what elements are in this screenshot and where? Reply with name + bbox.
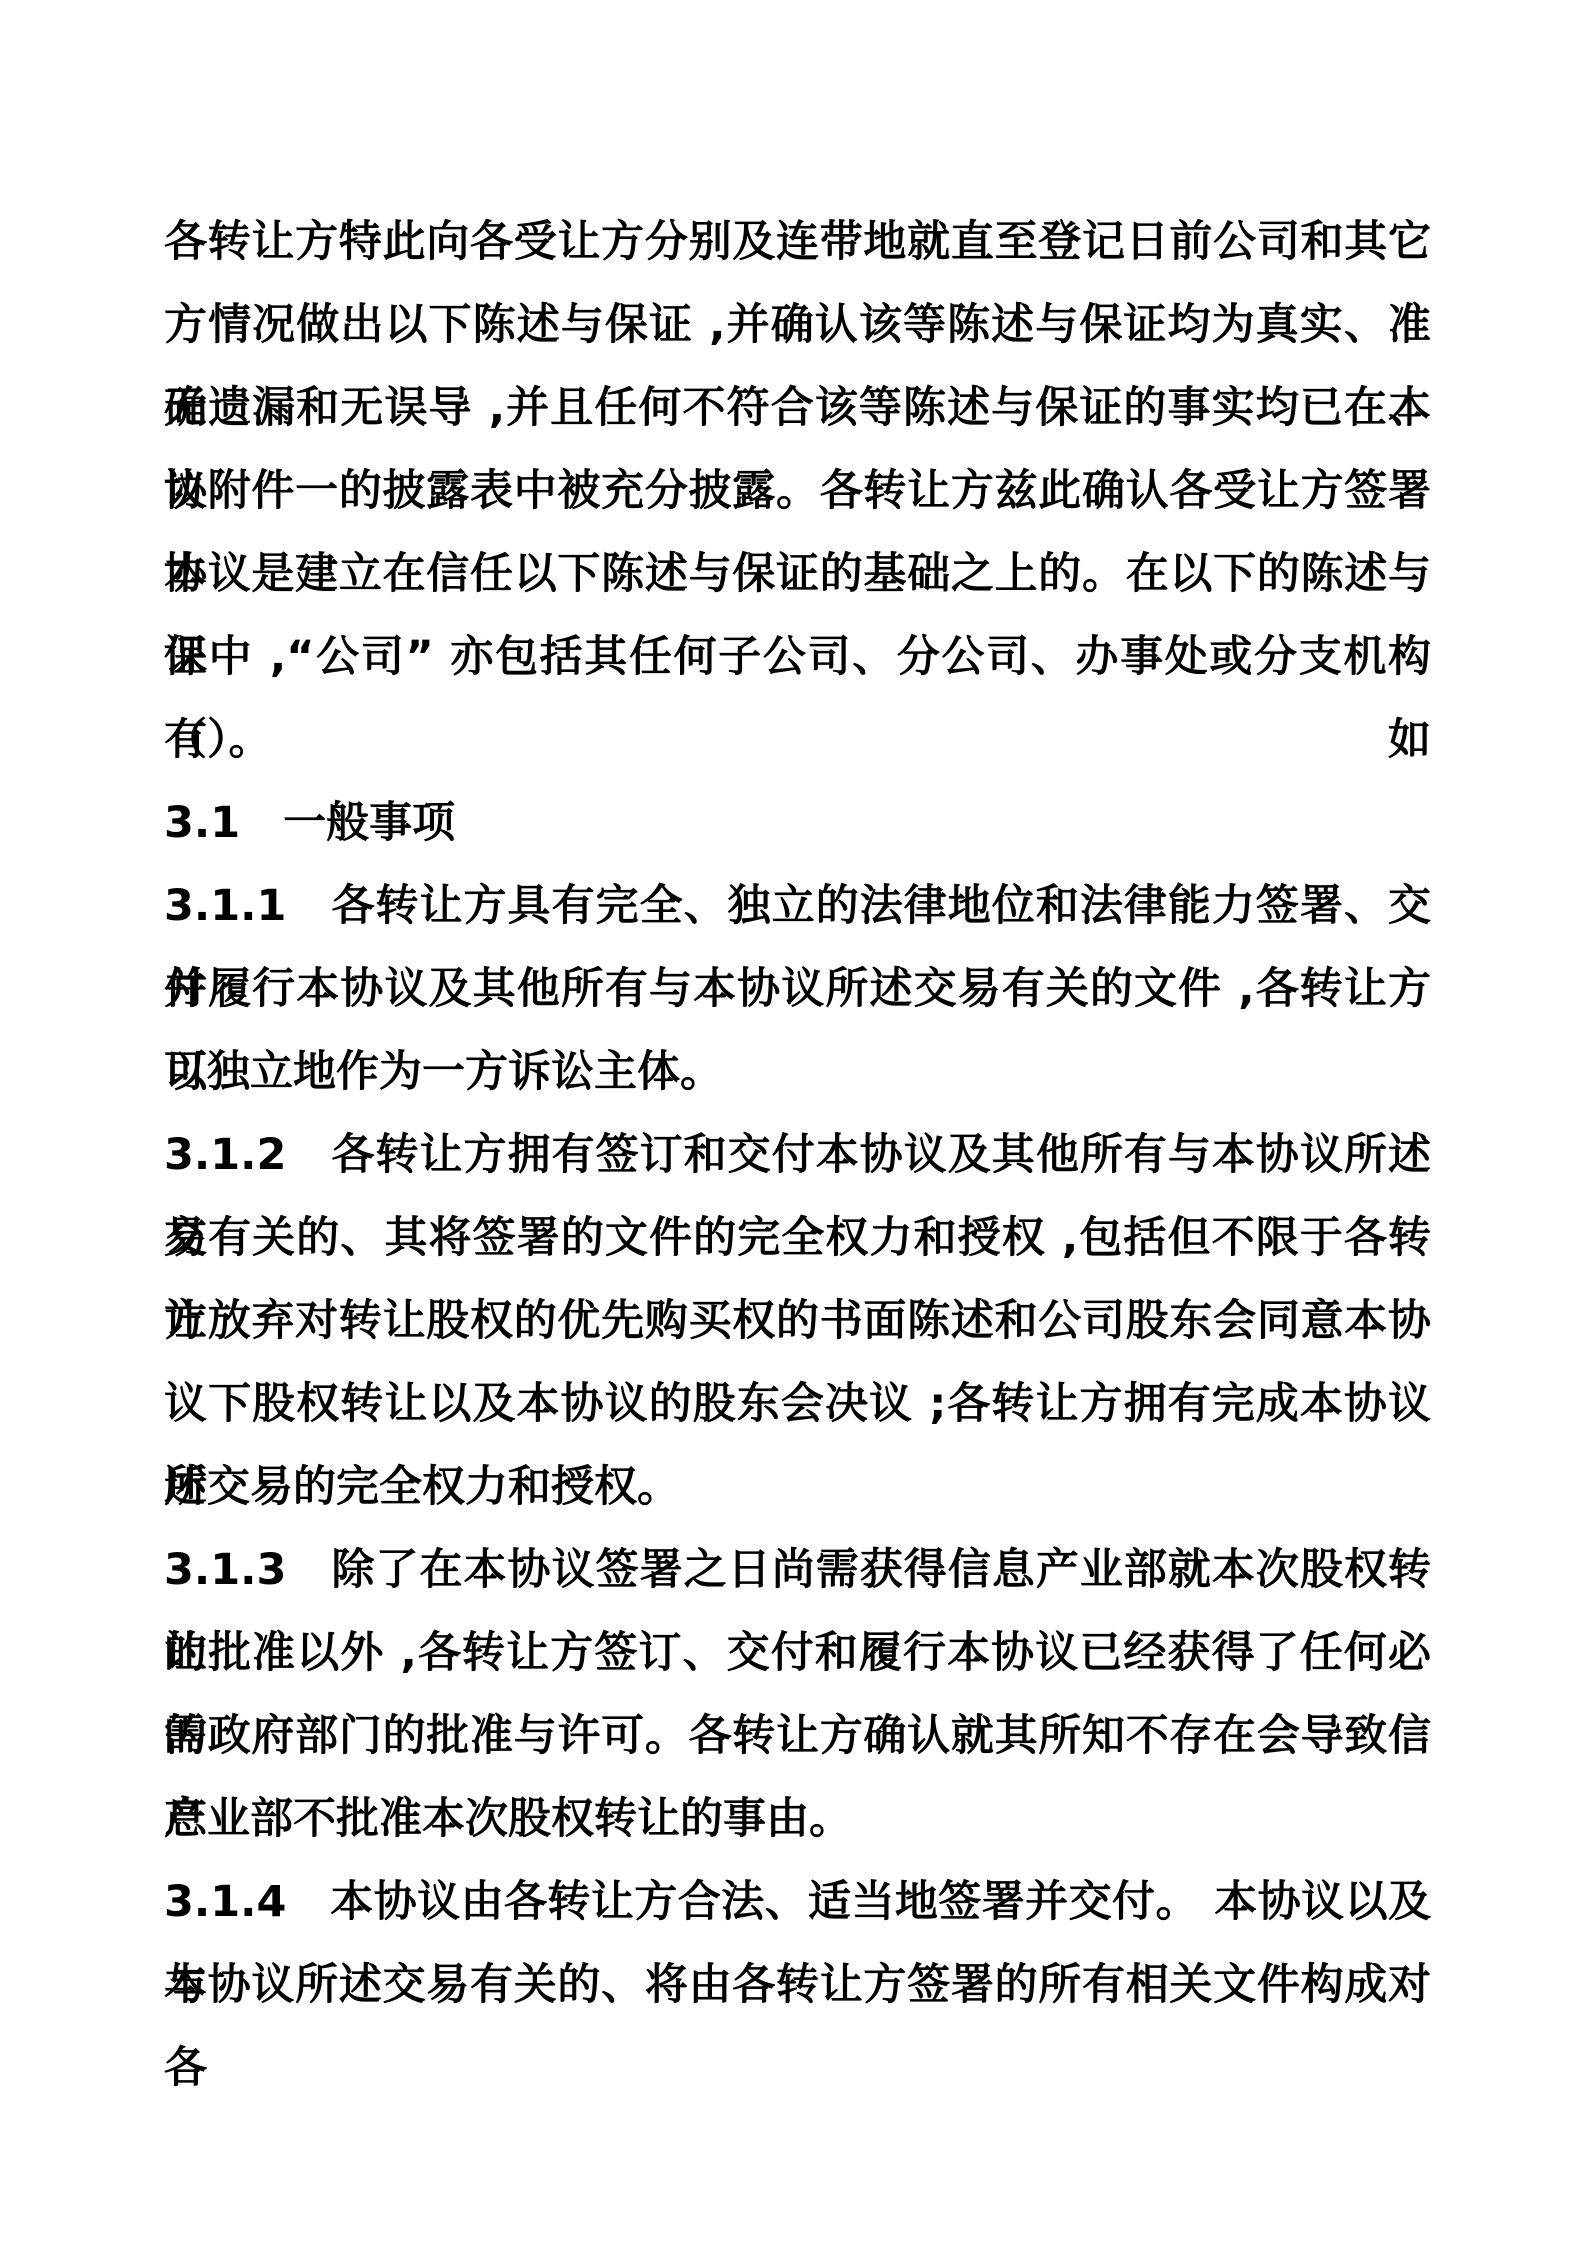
text-line: 议下股权转让以及本协议的股东会决议 ;各转让方拥有完成本协议所 (164, 1363, 1431, 1446)
text-line: 本协议所述交易有关的、将由各转让方签署的所有相关文件构成对各 (164, 1944, 1431, 2027)
text-line: 产业部不批准本次股权转让的事由。 (164, 1778, 1431, 1861)
text-line: 各转让方特此向各受让方分别及连带地就直至登记日前公司和其它 (164, 201, 1431, 284)
text-line: 无遗漏和无误导 ,并且任何不符合该等陈述与保证的事实均已在本协 (164, 367, 1431, 450)
text-line: 易有关的、其将签署的文件的完全权力和授权 ,包括但不限于各转让 (164, 1197, 1431, 1280)
text-line: 3.1.2 各转让方拥有签订和交付本协议及其他所有与本协议所述交 (164, 1114, 1431, 1197)
text-line: 的批准以外 ,各转让方签订、交付和履行本协议已经获得了任何必需 (164, 1612, 1431, 1695)
text-line: 证中 ,“公司” 亦包括其任何子公司、分公司、办事处或分支机构（如 (164, 616, 1431, 699)
text-line: 方情况做出以下陈述与保证 ,并确认该等陈述与保证均为真实、准确、 (164, 284, 1431, 367)
document-page: 各转让方特此向各受让方分别及连带地就直至登记日前公司和其它方情况做出以下陈述与保… (0, 0, 1587, 2245)
text-line: 3.1 一般事项 (164, 782, 1431, 865)
document-body: 各转让方特此向各受让方分别及连带地就直至登记日前公司和其它方情况做出以下陈述与保… (164, 201, 1431, 2027)
text-line: 述交易的完全权力和授权。 (164, 1446, 1431, 1529)
text-line: 以独立地作为一方诉讼主体。 (164, 1031, 1431, 1114)
text-line: 并履行本协议及其他所有与本协议所述交易有关的文件 ,各转让方可 (164, 948, 1431, 1031)
text-line: 议附件一的披露表中被充分披露。各转让方兹此确认各受让方签署本 (164, 450, 1431, 533)
text-line: 协议是建立在信任以下陈述与保证的基础之上的。在以下的陈述与保 (164, 533, 1431, 616)
text-line: 3.1.4 本协议由各转让方合法、适当地签署并交付。 本协议以及与 (164, 1861, 1431, 1944)
text-line: 3.1.1 各转让方具有完全、独立的法律地位和法律能力签署、交付 (164, 865, 1431, 948)
text-line: 方放弃对转让股权的优先购买权的书面陈述和公司股东会同意本协 (164, 1280, 1431, 1363)
text-line: 3.1.3 除了在本协议签署之日尚需获得信息产业部就本次股权转让 (164, 1529, 1431, 1612)
text-line: 的政府部门的批准与许可。各转让方确认就其所知不存在会导致信息 (164, 1695, 1431, 1778)
